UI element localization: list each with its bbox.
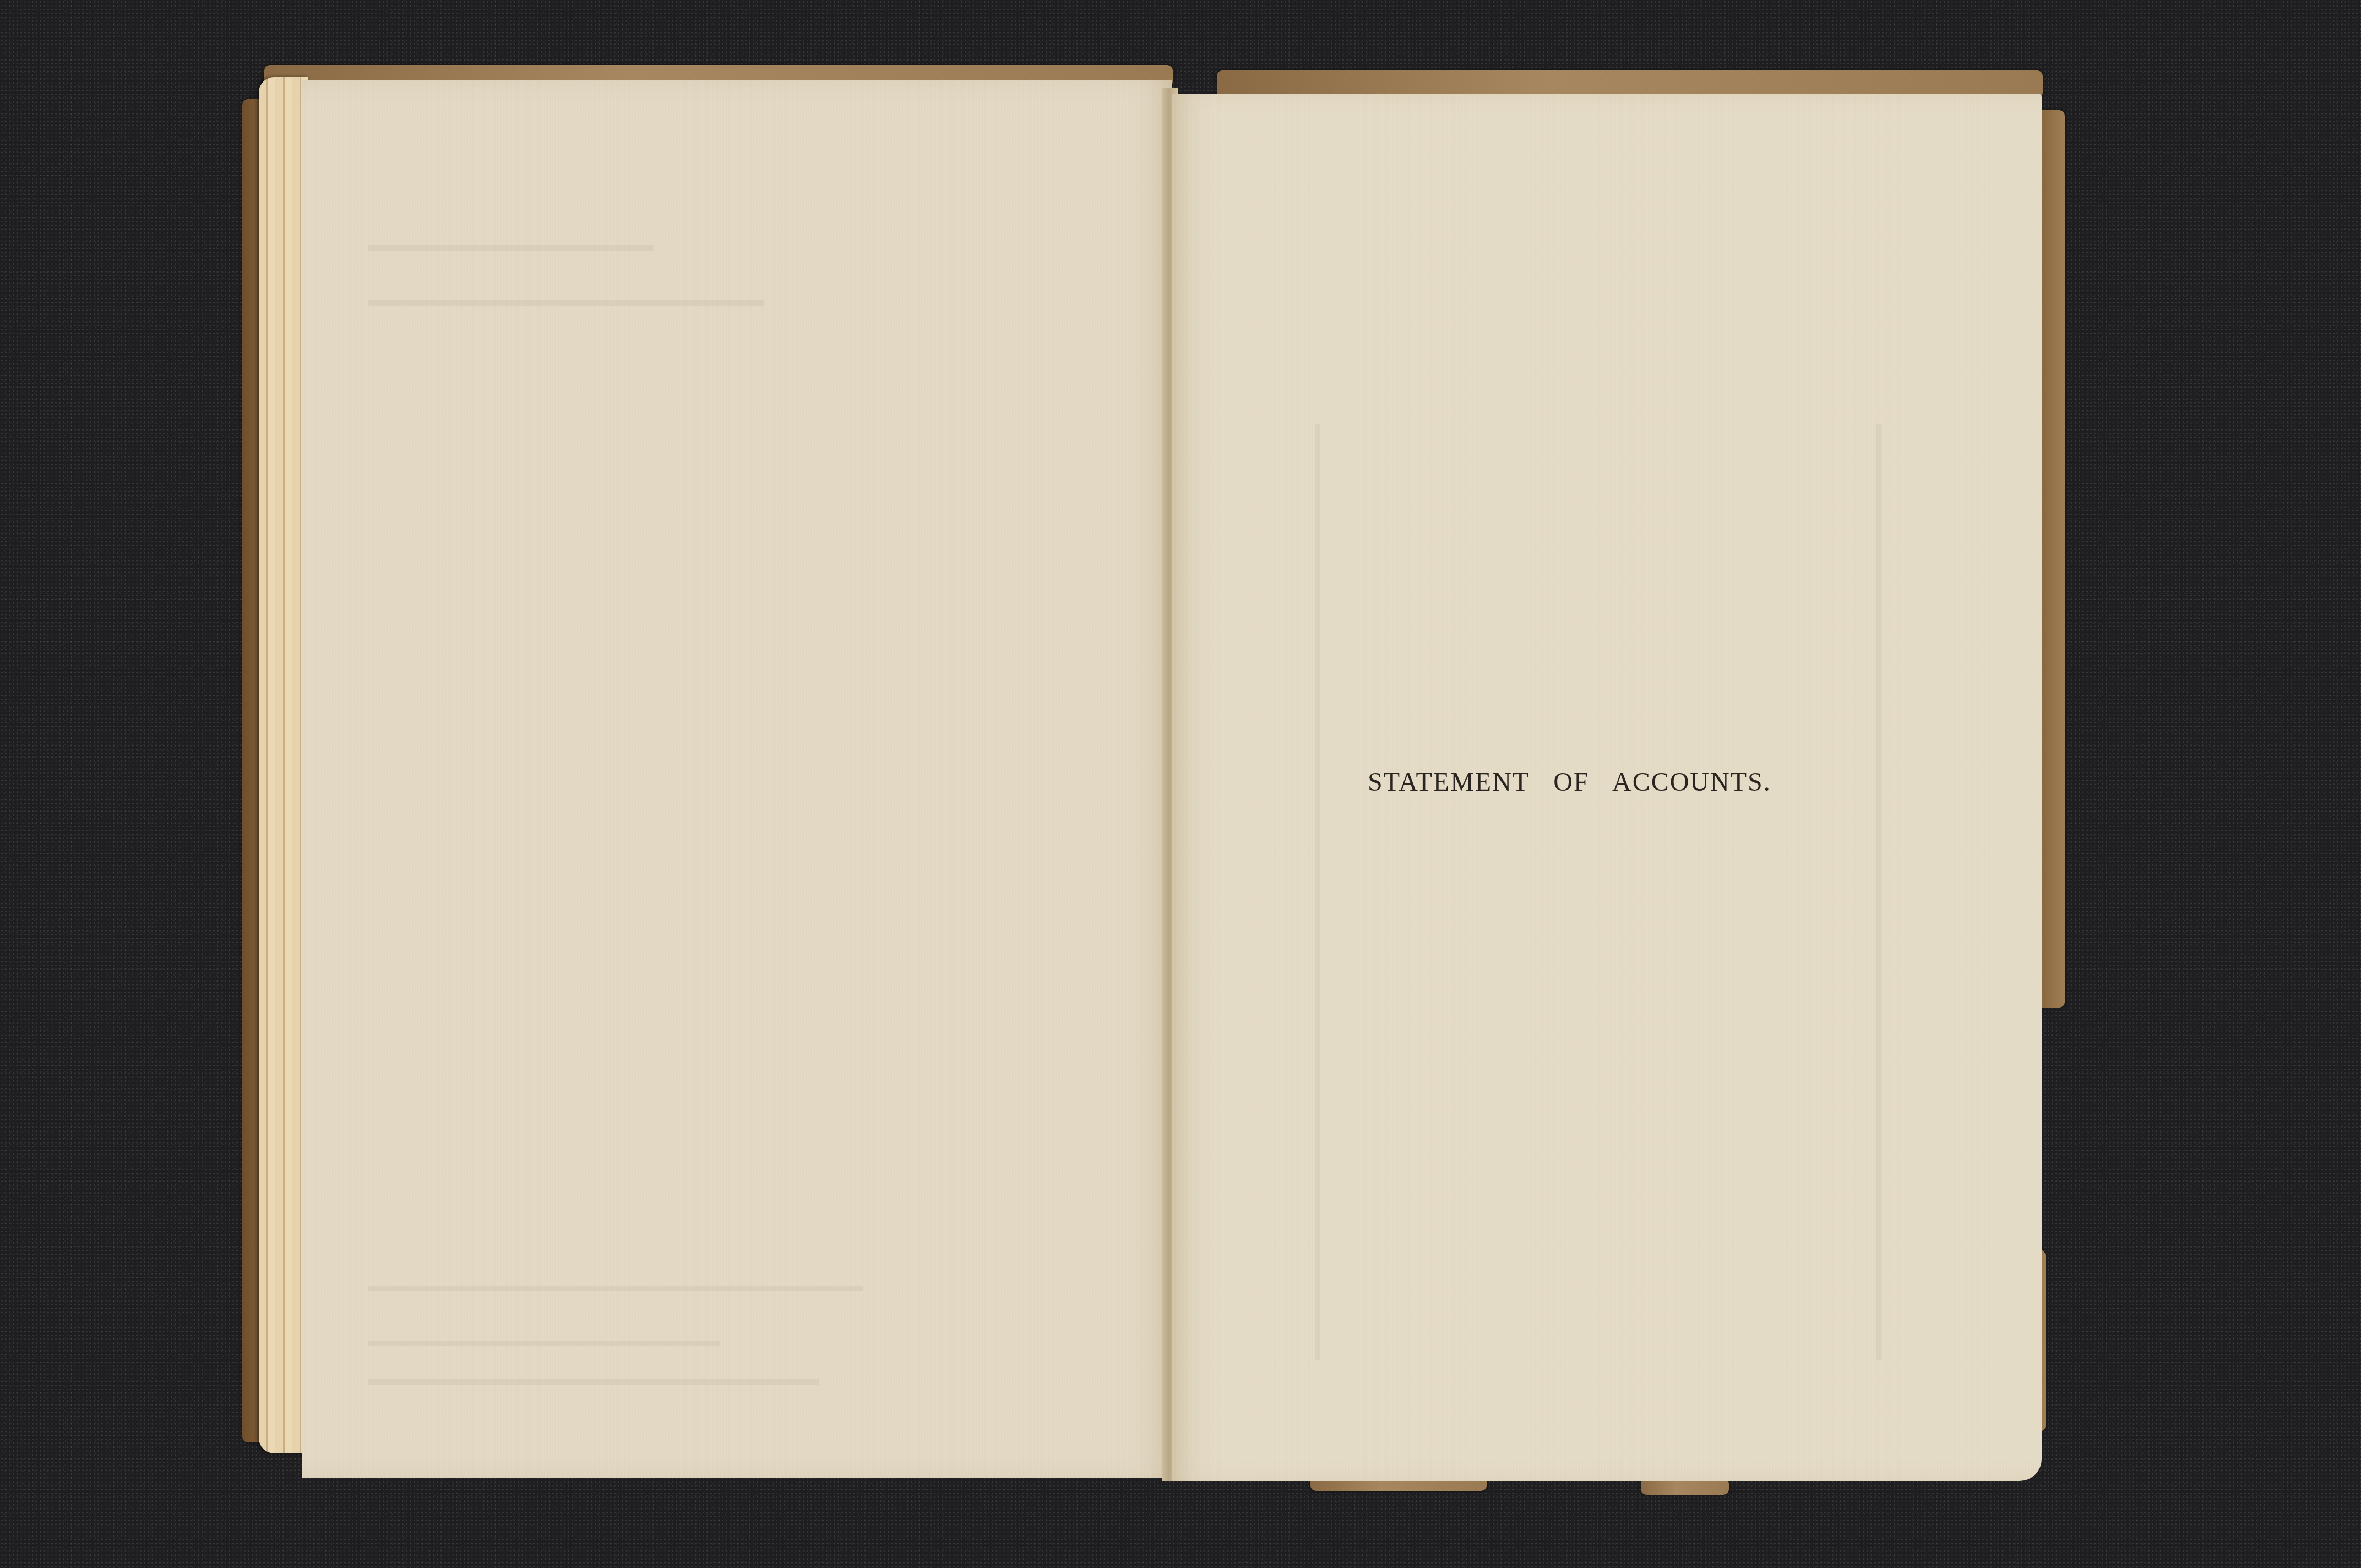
show-through-column [1876,424,1882,1360]
show-through-line [368,1286,863,1291]
show-through-column [1315,424,1320,1360]
page-stack-edge [259,77,308,1453]
show-through-line [368,1341,720,1346]
page-heading: STATEMENT OF ACCOUNTS. [1368,767,1771,797]
show-through-line [368,300,764,306]
show-through-line [368,1379,819,1385]
left-page[interactable] [302,80,1172,1478]
show-through-line [368,245,654,251]
